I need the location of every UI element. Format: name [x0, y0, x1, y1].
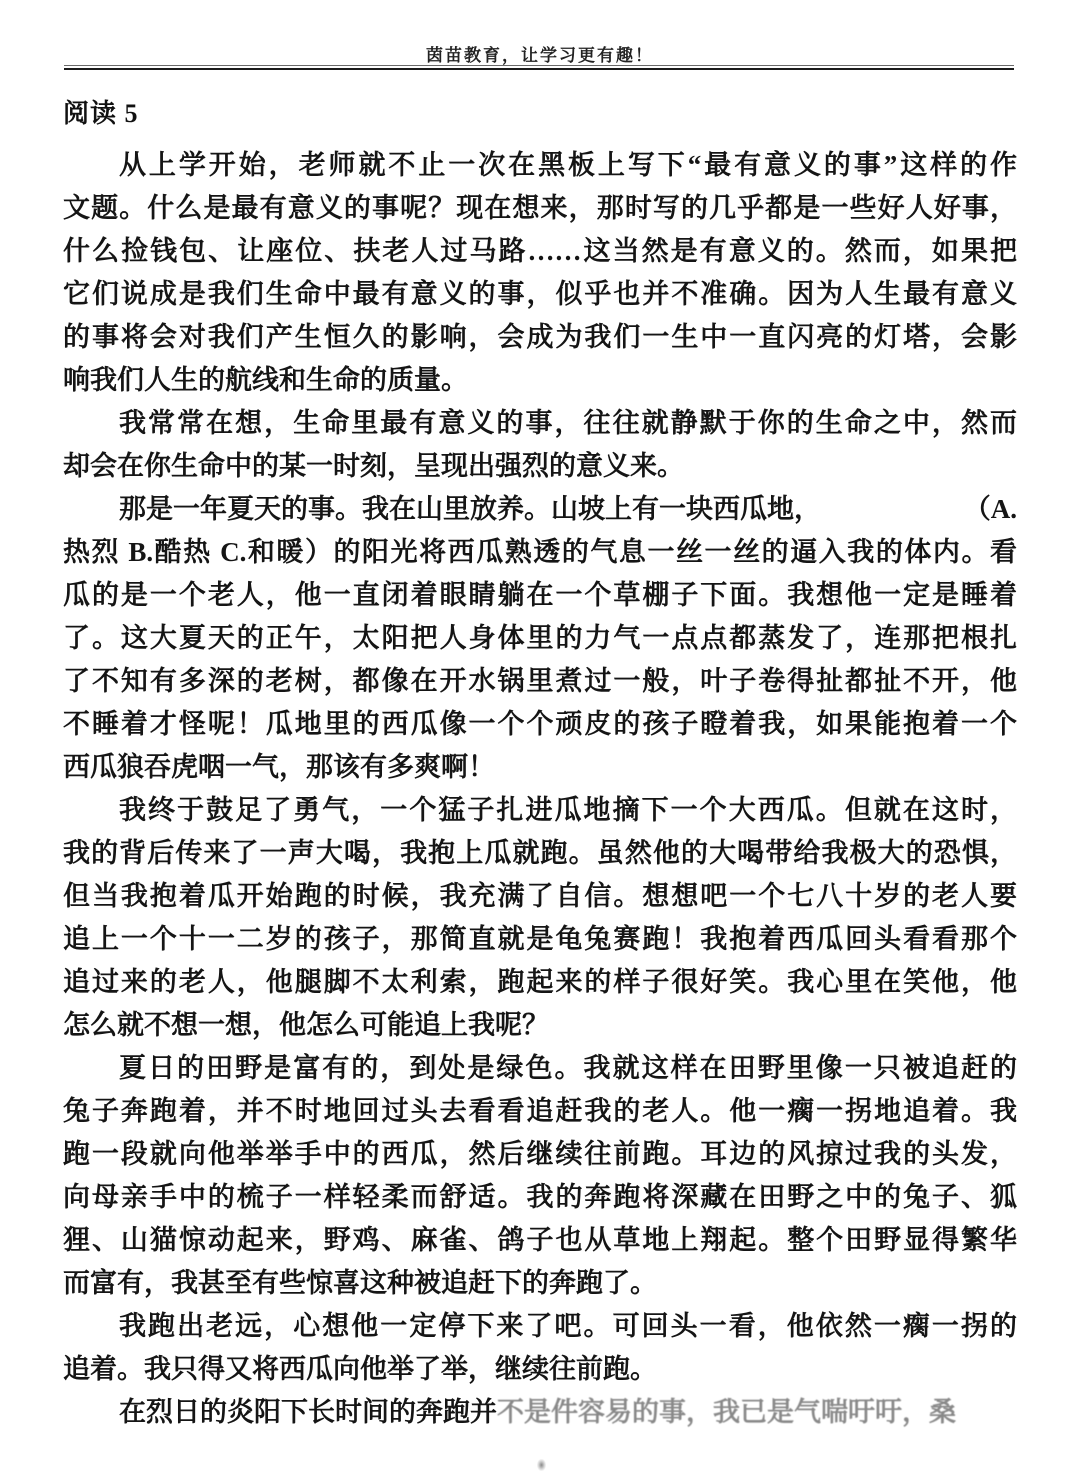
- passage-line: 夏日的田野是富有的，到处是绿色。我就这样在田野里像一只被追赶的: [63, 1047, 1017, 1090]
- passage-line: 却会在你生命中的某一时刻，呈现出强烈的意义来。: [63, 445, 1017, 488]
- passage-line: 追过来的老人，他腿脚不太利索，跑起来的样子很好笑。我心里在笑他，他: [63, 961, 1017, 1004]
- passage-line-crisp-text: 在烈日的炎阳下长时间的奔跑并: [119, 1397, 497, 1427]
- passage-line: 我跑出老远，心想他一定停下来了吧。可回头一看，他依然一瘸一拐的: [63, 1305, 1017, 1348]
- document-page: 茵苗教育，让学习更有趣！ 阅读 5 从上学开始，老师就不止一次在黑板上写下“最有…: [0, 0, 1080, 1471]
- header-rule: [64, 65, 1014, 70]
- passage-line: 兔子奔跑着，并不时地回过头去看看追赶我的老人。他一瘸一拐地追着。我: [63, 1090, 1017, 1133]
- passage-line: 热烈 B.酷热 C.和暖）的阳光将西瓜熟透的气息一丝一丝的逼入我的体内。看: [63, 531, 1017, 574]
- passage-line: 了。这大夏天的正午，太阳把人身体里的力气一点点都蒸发了，连那把根扎: [63, 617, 1017, 660]
- section-title: 阅读 5: [63, 93, 139, 130]
- passage-line: 在烈日的炎阳下长时间的奔跑并不是件容易的事，我已是气喘吁吁，桑: [63, 1391, 1017, 1434]
- passage-line: 那是一年夏天的事。我在山里放养。山坡上有一块西瓜地，（A.: [63, 488, 1017, 531]
- header-slogan: 茵苗教育，让学习更有趣！: [0, 41, 1080, 66]
- passage-line: 不睡着才怪呢！瓜地里的西瓜像一个个顽皮的孩子瞪着我，如果能抱着一个: [63, 703, 1017, 746]
- passage-line: 文题。什么是最有意义的事呢？现在想来，那时写的几乎都是一些好人好事，: [63, 187, 1017, 230]
- passage-line: 瓜的是一个老人，他一直闭着眼睛躺在一个草棚子下面。我想他一定是睡着: [63, 574, 1017, 617]
- passage-line: 我常常在想，生命里最有意义的事，往往就静默于你的生命之中，然而: [63, 402, 1017, 445]
- passage-line: 狸、山猫惊动起来，野鸡、麻雀、鸽子也从草地上翔起。整个田野显得繁华: [63, 1219, 1017, 1262]
- passage-line: 而富有，我甚至有些惊喜这种被追赶下的奔跑了。: [63, 1262, 1017, 1305]
- page-number-fragment: [537, 1459, 546, 1471]
- blank-choice-open-marker: （A.: [964, 488, 1017, 531]
- passage: 从上学开始，老师就不止一次在黑板上写下“最有意义的事”这样的作文题。什么是最有意…: [63, 144, 1017, 1434]
- passage-line: 的事将会对我们产生恒久的影响，会成为我们一生中一直闪亮的灯塔，会影: [63, 316, 1017, 359]
- passage-line: 了不知有多深的老树，都像在开水锅里煮过一般，叶子卷得扯都扯不开，他: [63, 660, 1017, 703]
- passage-line: 我的背后传来了一声大喝，我抱上瓜就跑。虽然他的大喝带给我极大的恐惧，: [63, 832, 1017, 875]
- passage-line: 我终于鼓足了勇气，一个猛子扎进瓜地摘下一个大西瓜。但就在这时，: [63, 789, 1017, 832]
- passage-line: 西瓜狼吞虎咽一气，那该有多爽啊！: [63, 746, 1017, 789]
- passage-line: 追着。我只得又将西瓜向他举了举，继续往前跑。: [63, 1348, 1017, 1391]
- passage-line-degraded-text: 不是件容易的事，我已是气喘吁吁，桑: [497, 1397, 956, 1427]
- passage-line: 从上学开始，老师就不止一次在黑板上写下“最有意义的事”这样的作: [63, 144, 1017, 187]
- passage-line: 什么捡钱包、让座位、扶老人过马路……这当然是有意义的。然而，如果把: [63, 230, 1017, 273]
- passage-line: 向母亲手中的梳子一样轻柔而舒适。我的奔跑将深藏在田野之中的兔子、狐: [63, 1176, 1017, 1219]
- passage-line-left-text: 那是一年夏天的事。我在山里放养。山坡上有一块西瓜地，: [119, 488, 821, 531]
- passage-line: 响我们人生的航线和生命的质量。: [63, 359, 1017, 402]
- passage-line: 怎么就不想一想，他怎么可能追上我呢？: [63, 1004, 1017, 1047]
- passage-line: 追上一个十一二岁的孩子，那简直就是龟兔赛跑！我抱着西瓜回头看看那个: [63, 918, 1017, 961]
- passage-line: 它们说成是我们生命中最有意义的事，似乎也并不准确。因为人生最有意义: [63, 273, 1017, 316]
- passage-line: 但当我抱着瓜开始跑的时候，我充满了自信。想想吧一个七八十岁的老人要: [63, 875, 1017, 918]
- passage-line: 跑一段就向他举举手中的西瓜，然后继续往前跑。耳边的风掠过我的头发，: [63, 1133, 1017, 1176]
